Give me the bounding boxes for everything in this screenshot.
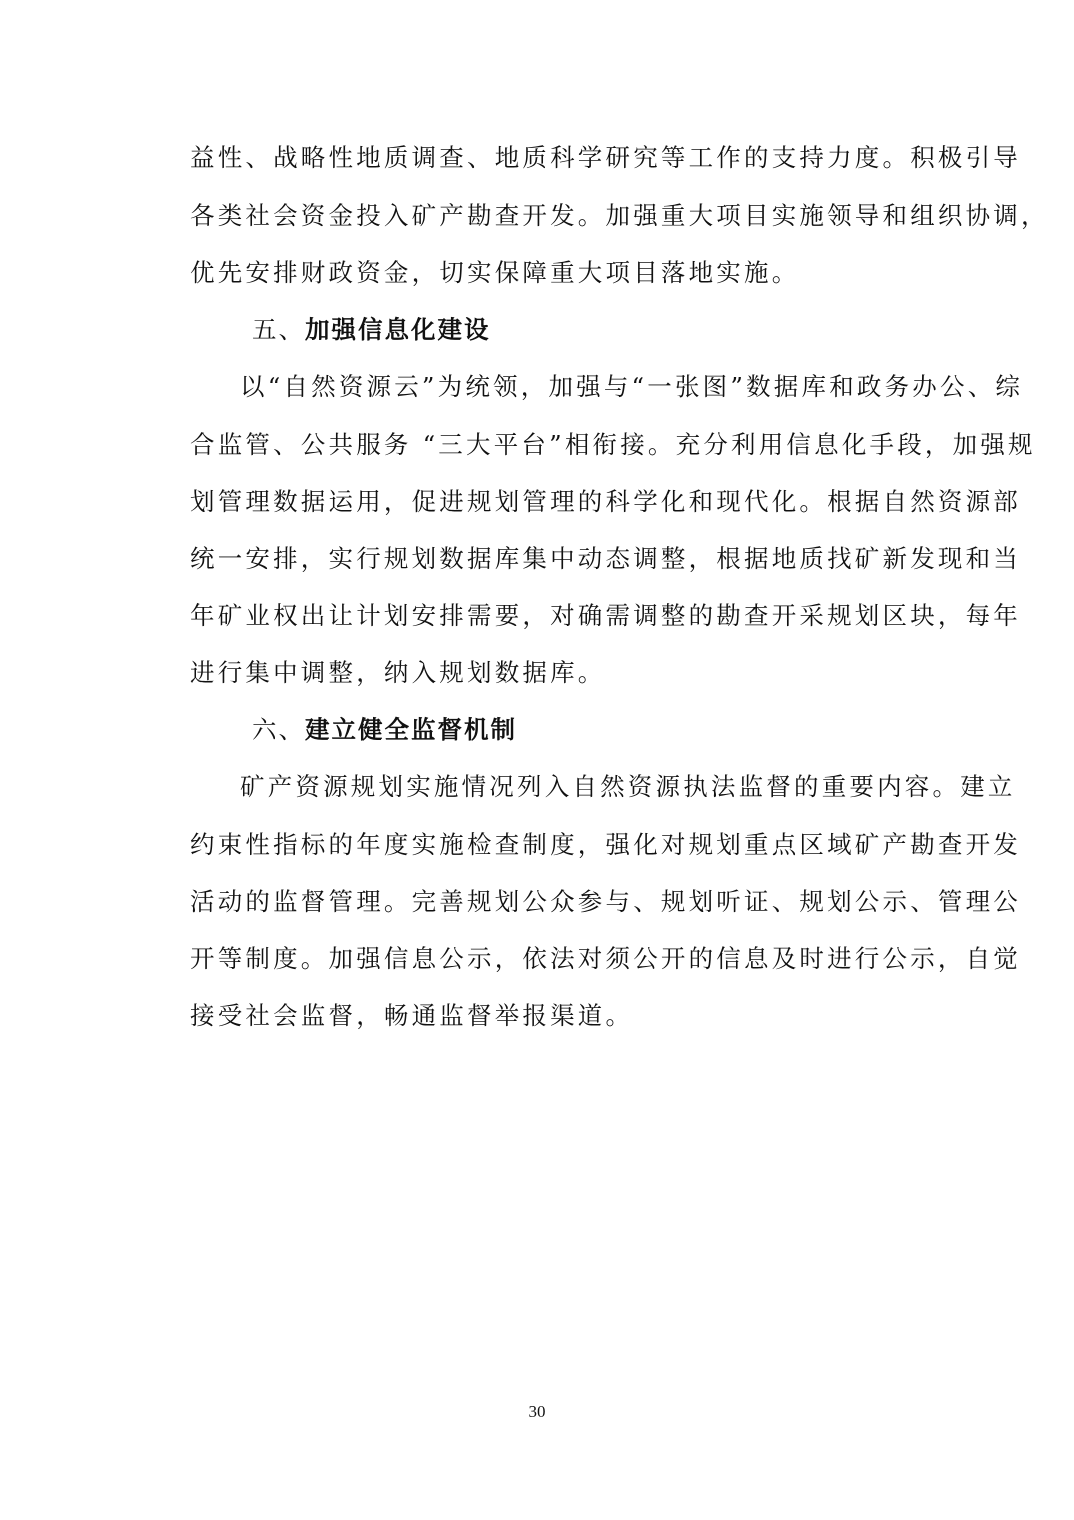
- paragraph-line: 益性、战略性地质调查、地质科学研究等工作的支持力度。积极引导: [190, 143, 945, 173]
- paragraph-line: 活动的监督管理。完善规划公众参与、规划听证、规划公示、管理公: [190, 887, 945, 917]
- section-number: 五、: [252, 315, 305, 344]
- paragraph-line: 约束性指标的年度实施检查制度，强化对规划重点区域矿产勘查开发: [190, 830, 945, 860]
- document-page: 益性、战略性地质调查、地质科学研究等工作的支持力度。积极引导 各类社会资金投入矿…: [0, 0, 1074, 1520]
- paragraph-line: 各类社会资金投入矿产勘查开发。加强重大项目实施领导和组织协调，: [190, 201, 945, 231]
- paragraph-line: 优先安排财政资金，切实保障重大项目落地实施。: [190, 258, 945, 288]
- paragraph-line: 接受社会监督，畅通监督举报渠道。: [190, 1001, 945, 1031]
- paragraph-line: 合监管、公共服务 “三大平台”相衔接。充分利用信息化手段，加强规: [190, 430, 945, 460]
- paragraph-line: 统一安排，实行规划数据库集中动态调整，根据地质找矿新发现和当: [190, 544, 945, 574]
- paragraph-line: 划管理数据运用，促进规划管理的科学化和现代化。根据自然资源部: [190, 487, 945, 517]
- section-title: 加强信息化建设: [305, 315, 491, 344]
- paragraph-line: 矿产资源规划实施情况列入自然资源执法监督的重要内容。建立: [240, 772, 945, 802]
- section-title: 建立健全监督机制: [305, 715, 517, 744]
- section-number: 六、: [252, 715, 305, 744]
- paragraph-line: 开等制度。加强信息公示，依法对须公开的信息及时进行公示，自觉: [190, 944, 945, 974]
- paragraph-line: 年矿业权出让计划安排需要，对确需调整的勘查开采规划区块，每年: [190, 601, 945, 631]
- section-heading-5: 五、加强信息化建设: [252, 315, 491, 345]
- paragraph-line: 以“自然资源云”为统领，加强与“一张图”数据库和政务办公、综: [240, 372, 945, 402]
- page-number: 30: [0, 1402, 1074, 1422]
- section-heading-6: 六、建立健全监督机制: [252, 715, 517, 745]
- paragraph-line: 进行集中调整，纳入规划数据库。: [190, 658, 945, 688]
